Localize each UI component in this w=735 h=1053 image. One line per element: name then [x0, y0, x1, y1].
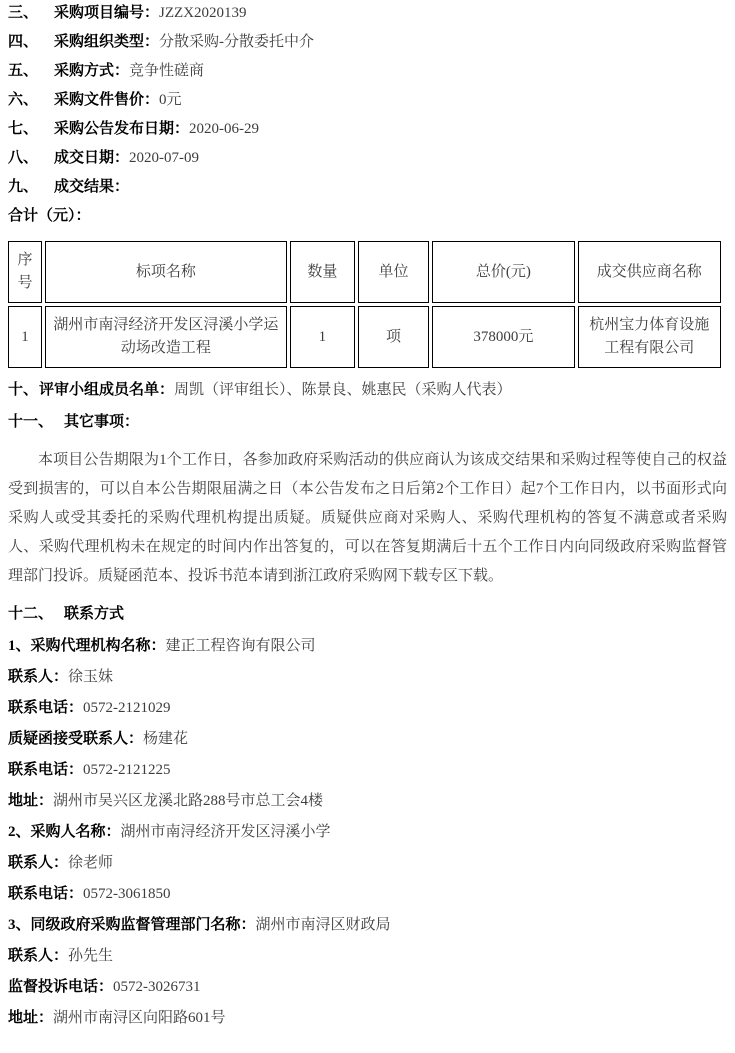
contact-value: 湖州市南浔区财政局 [256, 917, 391, 933]
contact-line-agency-name: 1、采购代理机构名称：建正工程咨询有限公司 [8, 638, 727, 655]
results-table: 序号 标项名称 数量 单位 总价(元) 成交供应商名称 1 湖州市南浔经济开发区… [5, 238, 724, 371]
cell-supplier: 杭州宝力体育设施工程有限公司 [578, 306, 721, 368]
section-number: 七、 [8, 121, 38, 137]
section-number: 十二、 [8, 606, 53, 622]
section-value: JZZX2020139 [159, 5, 247, 21]
section-line-review-panel: 十、评审小组成员名单：周凯（评审组长）、陈景良、姚惠民（采购人代表） [8, 382, 727, 399]
section-value: 周凯（评审组长）、陈景良、姚惠民（采购人代表） [174, 382, 512, 398]
section-label: 成交结果： [54, 179, 129, 195]
header-cell-supplier: 成交供应商名称 [578, 241, 721, 303]
contact-value: 湖州市吴兴区龙溪北路288号市总工会4楼 [53, 793, 323, 809]
contact-line-purchaser-phone: 联系电话：0572-3061850 [8, 886, 727, 903]
section-number: 六、 [8, 92, 38, 108]
contact-value: 0572-2121029 [83, 700, 171, 716]
section-label: 采购方式： [54, 63, 129, 79]
section-line-deal-date: 八、成交日期：2020-07-09 [8, 150, 727, 167]
section-line-deal-result: 九、成交结果： [8, 179, 727, 196]
section-heading-contact: 十二、联系方式 [8, 606, 727, 623]
contact-line-purchaser-name: 2、采购人名称：湖州市南浔经济开发区浔溪小学 [8, 824, 727, 841]
table-row: 1 湖州市南浔经济开发区浔溪小学运动场改造工程 1 项 378000元 杭州宝力… [8, 306, 721, 368]
contact-value: 杨建花 [143, 731, 188, 747]
contact-line-supervisor-person: 联系人：孙先生 [8, 948, 727, 965]
header-cell-item: 标项名称 [45, 241, 287, 303]
contact-label: 1、采购代理机构名称： [8, 638, 166, 654]
section-value: 2020-07-09 [129, 150, 199, 166]
section-label: 联系方式 [64, 606, 124, 622]
header-cell-quantity: 数量 [290, 241, 355, 303]
section-number: 九、 [8, 179, 38, 195]
cell-quantity: 1 [290, 306, 355, 368]
cell-price: 378000元 [432, 306, 574, 368]
contact-label: 地址： [8, 793, 53, 809]
contact-line-supervisor-address: 地址：湖州市南浔区向阳路601号 [8, 1010, 727, 1027]
contact-label: 联系人： [8, 855, 68, 871]
other-matters-paragraph: 本项目公告期限为1个工作日，各参加政府采购活动的供应商认为该成交结果和采购过程等… [8, 446, 727, 591]
contact-value: 0572-3061850 [83, 886, 171, 902]
section-label: 采购文件售价： [54, 92, 159, 108]
cell-unit: 项 [358, 306, 429, 368]
contact-label: 联系电话： [8, 700, 83, 716]
header-cell-index: 序号 [8, 241, 42, 303]
section-line-project-number: 三、采购项目编号：JZZX2020139 [8, 5, 727, 22]
section-number: 十、 [8, 382, 38, 398]
section-value: 2020-06-29 [189, 121, 259, 137]
section-number: 八、 [8, 150, 38, 166]
procurement-notice-document: 三、采购项目编号：JZZX2020139 四、采购组织类型：分散采购-分散委托中… [0, 0, 735, 1053]
section-line-org-type: 四、采购组织类型：分散采购-分散委托中介 [8, 34, 727, 51]
contact-label: 2、采购人名称： [8, 824, 121, 840]
contact-label: 联系电话： [8, 762, 83, 778]
contact-label: 3、同级政府采购监督管理部门名称： [8, 917, 256, 933]
contact-value: 徐玉妹 [68, 669, 113, 685]
contact-value: 0572-3026731 [113, 979, 201, 995]
contact-label: 联系电话： [8, 886, 83, 902]
section-number: 十一、 [8, 414, 53, 430]
contact-line-inquiry-person: 质疑函接受联系人：杨建花 [8, 731, 727, 748]
header-cell-unit: 单位 [358, 241, 429, 303]
contact-value: 孙先生 [68, 948, 113, 964]
contact-value: 建正工程咨询有限公司 [166, 638, 316, 654]
section-number: 三、 [8, 5, 38, 21]
contact-label: 质疑函接受联系人： [8, 731, 143, 747]
contact-label: 地址： [8, 1010, 53, 1026]
contact-label: 监督投诉电话： [8, 979, 113, 995]
contact-label: 联系人： [8, 948, 68, 964]
contact-label: 联系人： [8, 669, 68, 685]
contact-value: 湖州市南浔经济开发区浔溪小学 [121, 824, 331, 840]
section-label: 评审小组成员名单： [39, 382, 174, 398]
contact-line-complaint-phone: 监督投诉电话：0572-3026731 [8, 979, 727, 996]
contact-value: 湖州市南浔区向阳路601号 [53, 1010, 226, 1026]
contact-line-agency-phone: 联系电话：0572-2121029 [8, 700, 727, 717]
contact-value: 0572-2121225 [83, 762, 171, 778]
section-label: 其它事项： [64, 414, 139, 430]
total-amount-label: 合计（元）： [8, 208, 91, 224]
section-value: 0元 [159, 92, 182, 108]
contact-line-supervisor-name: 3、同级政府采购监督管理部门名称：湖州市南浔区财政局 [8, 917, 727, 934]
section-heading-other-matters: 十一、其它事项： [8, 414, 727, 431]
section-value: 分散采购-分散委托中介 [159, 34, 314, 50]
contact-line-agency-person: 联系人：徐玉妹 [8, 669, 727, 686]
section-number: 四、 [8, 34, 38, 50]
contact-line-inquiry-phone: 联系电话：0572-2121225 [8, 762, 727, 779]
section-label: 成交日期： [54, 150, 129, 166]
section-line-doc-price: 六、采购文件售价：0元 [8, 92, 727, 109]
total-amount-line: 合计（元）： [8, 208, 727, 225]
section-value: 竞争性磋商 [129, 63, 204, 79]
cell-index: 1 [8, 306, 42, 368]
section-line-announce-date: 七、采购公告发布日期：2020-06-29 [8, 121, 727, 138]
contact-line-purchaser-person: 联系人：徐老师 [8, 855, 727, 872]
cell-item: 湖州市南浔经济开发区浔溪小学运动场改造工程 [45, 306, 287, 368]
section-label: 采购公告发布日期： [54, 121, 189, 137]
section-label: 采购项目编号： [54, 5, 159, 21]
section-number: 五、 [8, 63, 38, 79]
header-cell-price: 总价(元) [432, 241, 574, 303]
section-label: 采购组织类型： [54, 34, 159, 50]
contact-value: 徐老师 [68, 855, 113, 871]
contact-line-agency-address: 地址：湖州市吴兴区龙溪北路288号市总工会4楼 [8, 793, 727, 810]
section-line-method: 五、采购方式：竞争性磋商 [8, 63, 727, 80]
table-header-row: 序号 标项名称 数量 单位 总价(元) 成交供应商名称 [8, 241, 721, 303]
